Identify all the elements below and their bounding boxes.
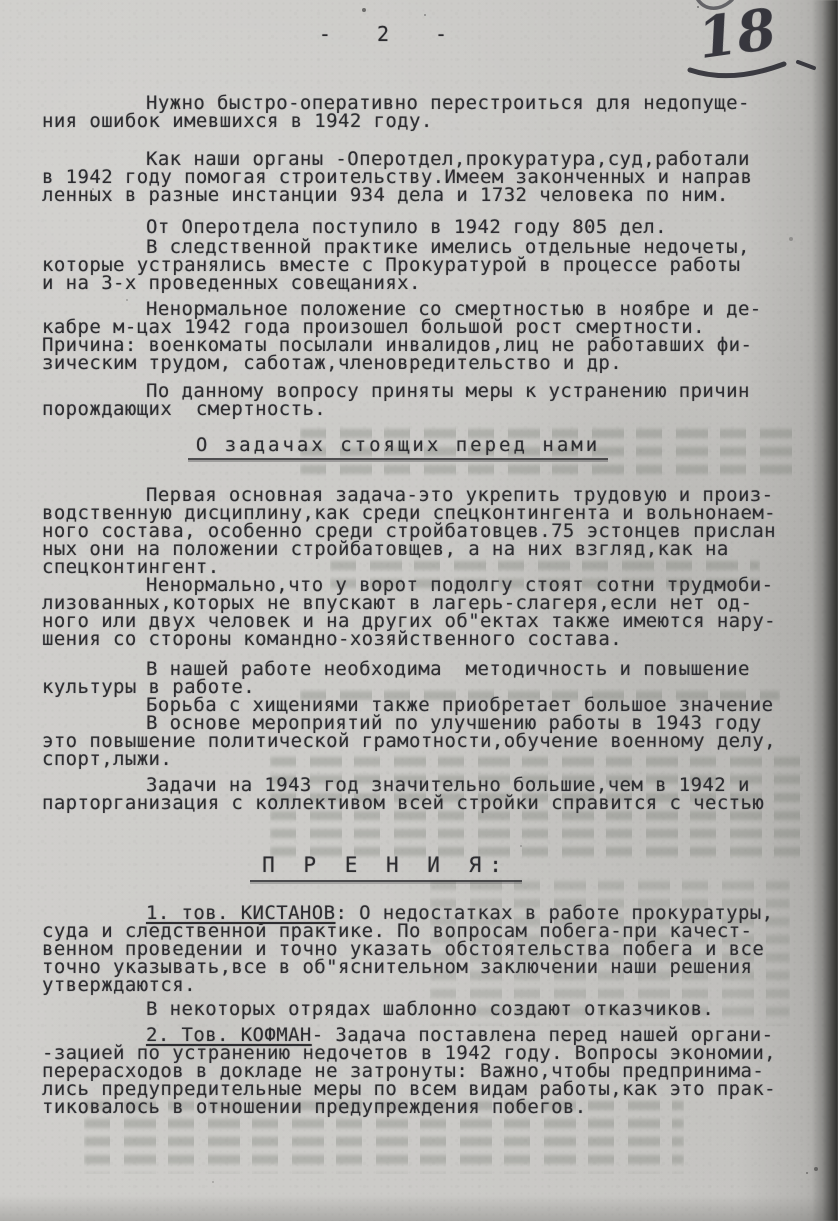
paragraph: В основе мероприятий по улучшению работы…: [42, 714, 810, 768]
paragraph-text: Ненормально,что у ворот подолгу стоят со…: [42, 574, 776, 650]
paragraph-text: В следственной практике имелись отдельны…: [42, 236, 750, 294]
paragraph-text: Ненормальное положение со смертностью в …: [42, 298, 762, 374]
paragraph: Ненормально,что у ворот подолгу стоят со…: [42, 576, 810, 648]
paragraph: Как наши органы -Оперотдел,прокуратура,с…: [42, 150, 810, 204]
paragraph-text: Первая основная задача-это укрепить труд…: [42, 484, 776, 578]
right-scan-edge: [812, 0, 838, 1221]
paragraph-text: О задачах стоящих перед нами: [196, 434, 600, 456]
paragraph: Первая основная задача-это укрепить труд…: [42, 486, 810, 576]
paragraph-text: От Оперотдела поступило в 1942 году 805 …: [146, 216, 667, 238]
paragraph-text: Нужно быстро-оперативно перестроиться дл…: [42, 92, 750, 132]
handwritten-corner-stroke: [694, 0, 738, 12]
paragraph: По данному вопросу приняты меры к устран…: [42, 382, 810, 418]
section-heading: О задачах стоящих перед нами: [188, 436, 608, 460]
paragraph: Ненормальное положение со смертностью в …: [42, 300, 810, 372]
paragraph: В некоторых отрядах шаблонно создают отк…: [42, 1000, 810, 1018]
bottom-shadow-edge: [0, 1195, 838, 1221]
paragraph: 2. Тов. КОФМАН- Задача поставлена перед …: [42, 1026, 810, 1116]
document-body: Нужно быстро-оперативно перестроиться дл…: [42, 38, 810, 1116]
paragraph-text: В некоторых отрядах шаблонно создают отк…: [146, 998, 714, 1020]
paragraph-text: По данному вопросу приняты меры к устран…: [42, 380, 750, 420]
paragraph: Нужно быстро-оперативно перестроиться дл…: [42, 94, 810, 130]
paragraph-text: В нашей работе необходима методичность и…: [42, 658, 750, 698]
paragraph-text: Как наши органы -Оперотдел,прокуратура,с…: [42, 148, 752, 206]
paragraph: В следственной практике имелись отдельны…: [42, 238, 810, 292]
paragraph-text: В основе мероприятий по улучшению работы…: [42, 712, 776, 770]
dust-specks: [0, 0, 2, 2]
document-page: - 2 - 18 Нужно быстро-оперативно перестр…: [0, 0, 838, 1221]
handwritten-underline-stroke: [686, 54, 826, 84]
paragraph-text: П Р Е Н И Я:: [262, 853, 510, 877]
section-heading: П Р Е Н И Я:: [250, 856, 522, 882]
paragraph: Задачи на 1943 год значительно большие,ч…: [42, 776, 810, 812]
paragraph: 1. тов. КИСТАНОВ: О недостатках в работе…: [42, 904, 810, 994]
paragraph: От Оперотдела поступило в 1942 году 805 …: [42, 218, 810, 236]
paragraph: В нашей работе необходима методичность и…: [42, 660, 810, 696]
paragraph-text: Задачи на 1943 год значительно большие,ч…: [42, 774, 764, 814]
